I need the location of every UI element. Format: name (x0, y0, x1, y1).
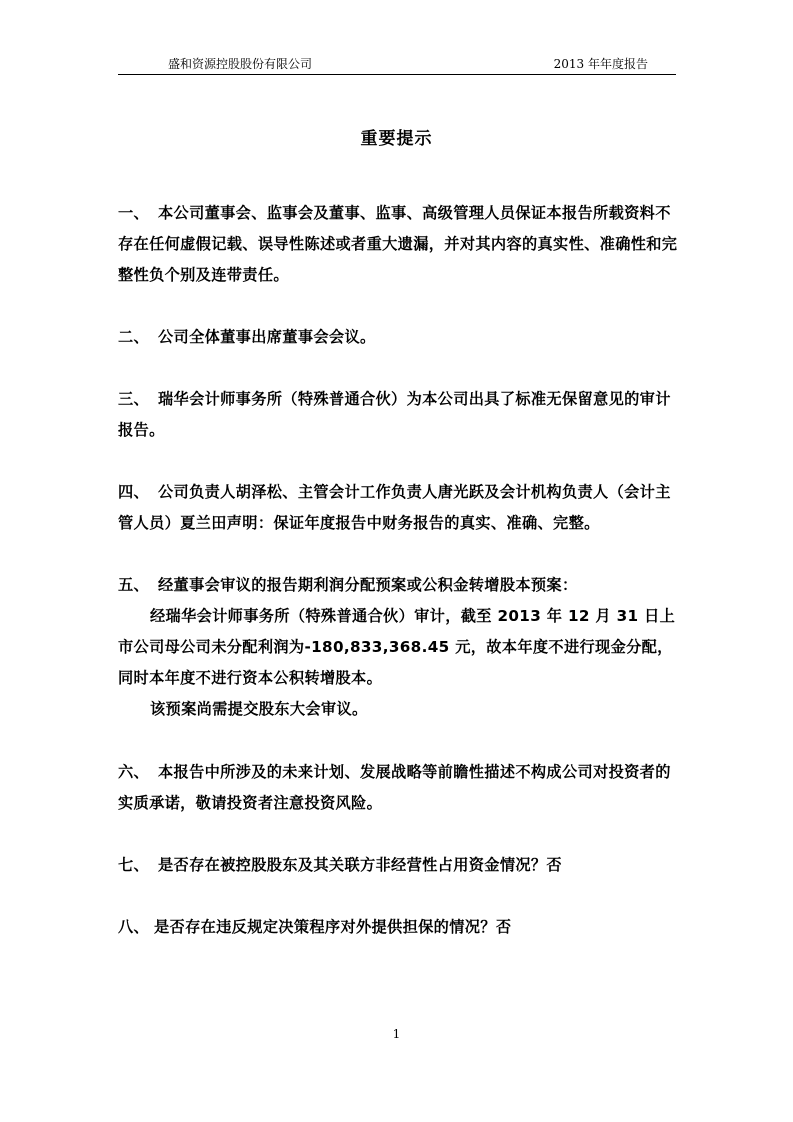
item-text: 是否存在被控股股东及其关联方非经营性占用资金情况？否 (158, 856, 562, 874)
item-text: 公司全体董事出席董事会会议。 (158, 328, 376, 346)
item-text: 瑞华会计师事务所（特殊普通合伙）为本公司出具了标准无保留意见的审计报告。 (118, 390, 671, 439)
shareholder-approval-note: 该预案尚需提交股东大会审议。 (118, 694, 678, 725)
item-text: 本公司董事会、监事会及董事、监事、高级管理人员保证本报告所载资料不存在任何虚假记… (118, 204, 677, 284)
page-title: 重要提示 (0, 124, 793, 149)
notice-item-2: 二、公司全体董事出席董事会会议。 (118, 322, 678, 353)
item-text: 本报告中所涉及的未来计划、发展战略等前瞻性描述不构成公司对投资者的实质承诺，敬请… (118, 763, 671, 812)
item-text: 经董事会审议的报告期利润分配预案或公积金转增股本预案： (158, 576, 578, 594)
item-number: 四、 (118, 477, 158, 508)
notice-item-3: 三、瑞华会计师事务所（特殊普通合伙）为本公司出具了标准无保留意见的审计报告。 (118, 384, 678, 446)
notice-item-6: 六、本报告中所涉及的未来计划、发展战略等前瞻性描述不构成公司对投资者的实质承诺，… (118, 757, 678, 819)
header-company-name: 盛和资源控股股份有限公司 (168, 55, 312, 72)
item-number: 八、 (118, 912, 154, 943)
item-number: 五、 (118, 570, 158, 601)
item-text: 是否存在违反规定决策程序对外提供担保的情况？否 (154, 918, 511, 936)
page-header: 盛和资源控股股份有限公司 2013 年年度报告 (118, 52, 676, 75)
notice-item-4: 四、公司负责人胡泽松、主管会计工作负责人唐光跃及会计机构负责人（会计主管人员）夏… (118, 477, 678, 539)
notice-item-1: 一、本公司董事会、监事会及董事、监事、高级管理人员保证本报告所载资料不存在任何虚… (118, 198, 678, 291)
header-report-title: 2013 年年度报告 (554, 55, 648, 72)
item-text: 公司负责人胡泽松、主管会计工作负责人唐光跃及会计机构负责人（会计主管人员）夏兰田… (118, 483, 671, 532)
notice-item-8: 八、是否存在违反规定决策程序对外提供担保的情况？否 (118, 912, 678, 943)
item-number: 三、 (118, 384, 158, 415)
notice-item-5: 五、经董事会审议的报告期利润分配预案或公积金转增股本预案： 经瑞华会计师事务所（… (118, 570, 678, 725)
profit-distribution-detail: 经瑞华会计师事务所（特殊普通合伙）审计，截至 2013 年 12 月 31 日上… (118, 601, 678, 694)
page-number: 1 (0, 1027, 793, 1041)
item-number: 七、 (118, 850, 158, 881)
notice-item-7: 七、是否存在被控股股东及其关联方非经营性占用资金情况？否 (118, 850, 678, 881)
item-number: 一、 (118, 198, 158, 229)
item-number: 六、 (118, 757, 158, 788)
item-number: 二、 (118, 322, 158, 353)
